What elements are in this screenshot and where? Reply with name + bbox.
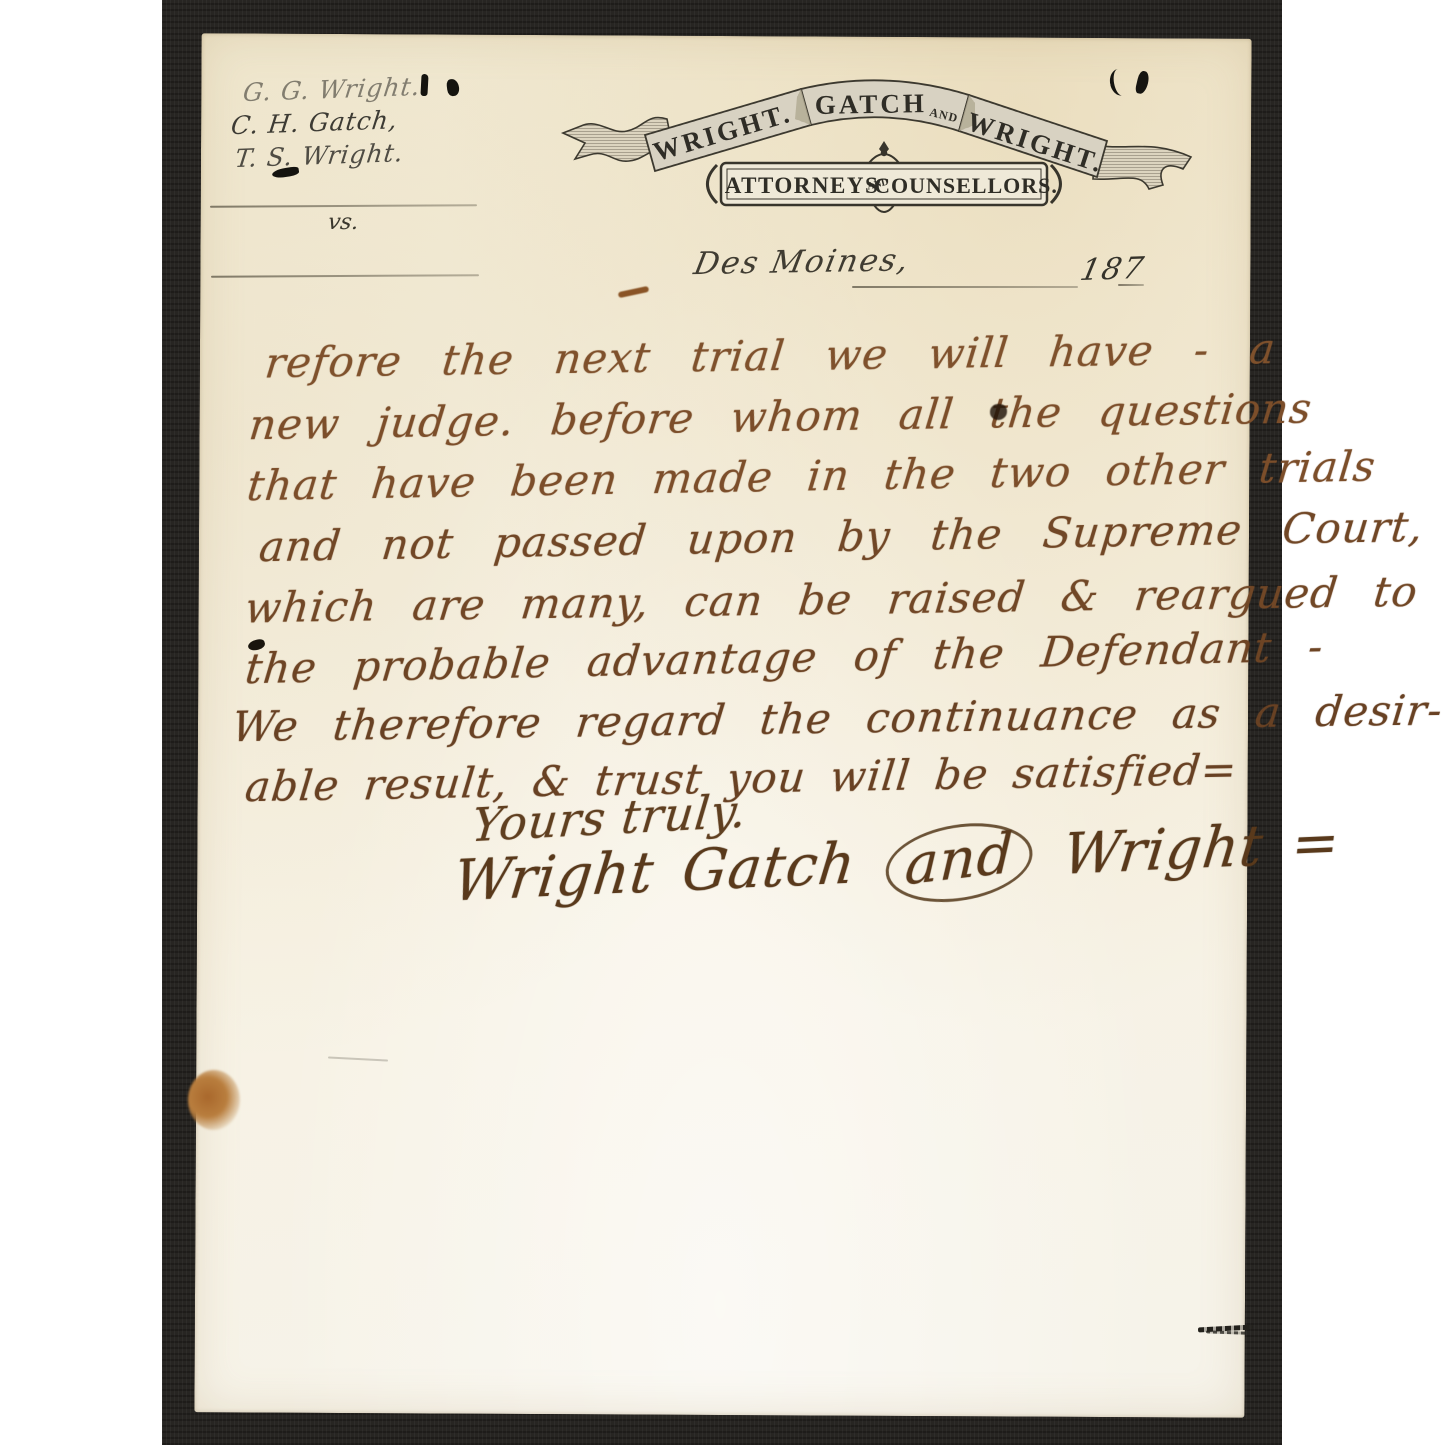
letter-photograph: G. G. Wright. C. H. Gatch, T. S. Wright.…	[0, 0, 1445, 1445]
dateline-rule	[852, 286, 1078, 288]
dateline-rule-short	[1118, 284, 1144, 286]
dateline-year: 187	[1077, 251, 1148, 288]
versus-label: vs.	[326, 210, 360, 235]
ink-blot-mark	[420, 74, 428, 96]
dateline-city: Des Moines,	[691, 242, 913, 282]
signature-circled-and: and	[884, 816, 1034, 910]
banner-word-center: GATCH	[815, 88, 928, 120]
plaque-word-attorneys: ATTORNEYS	[725, 173, 880, 198]
partner-name-2: C. H. Gatch,	[229, 105, 399, 140]
banner-word-left: WRIGHT.	[650, 98, 795, 167]
plaque-left-scroll	[708, 165, 718, 203]
brown-stain	[188, 1070, 240, 1130]
plaque-word-counsellors: COUNSELLORS.	[874, 173, 1058, 198]
signature-left: Wright Gatch	[450, 831, 859, 914]
partner-name-3: T. S. Wright.	[233, 138, 405, 173]
plaque-crest-diamond	[879, 141, 889, 155]
letterhead-banner: WRIGHT. GATCH AND WRIGHT. ATTORNEYS AND …	[555, 73, 1200, 213]
signature-right: Wright =	[1060, 810, 1344, 887]
